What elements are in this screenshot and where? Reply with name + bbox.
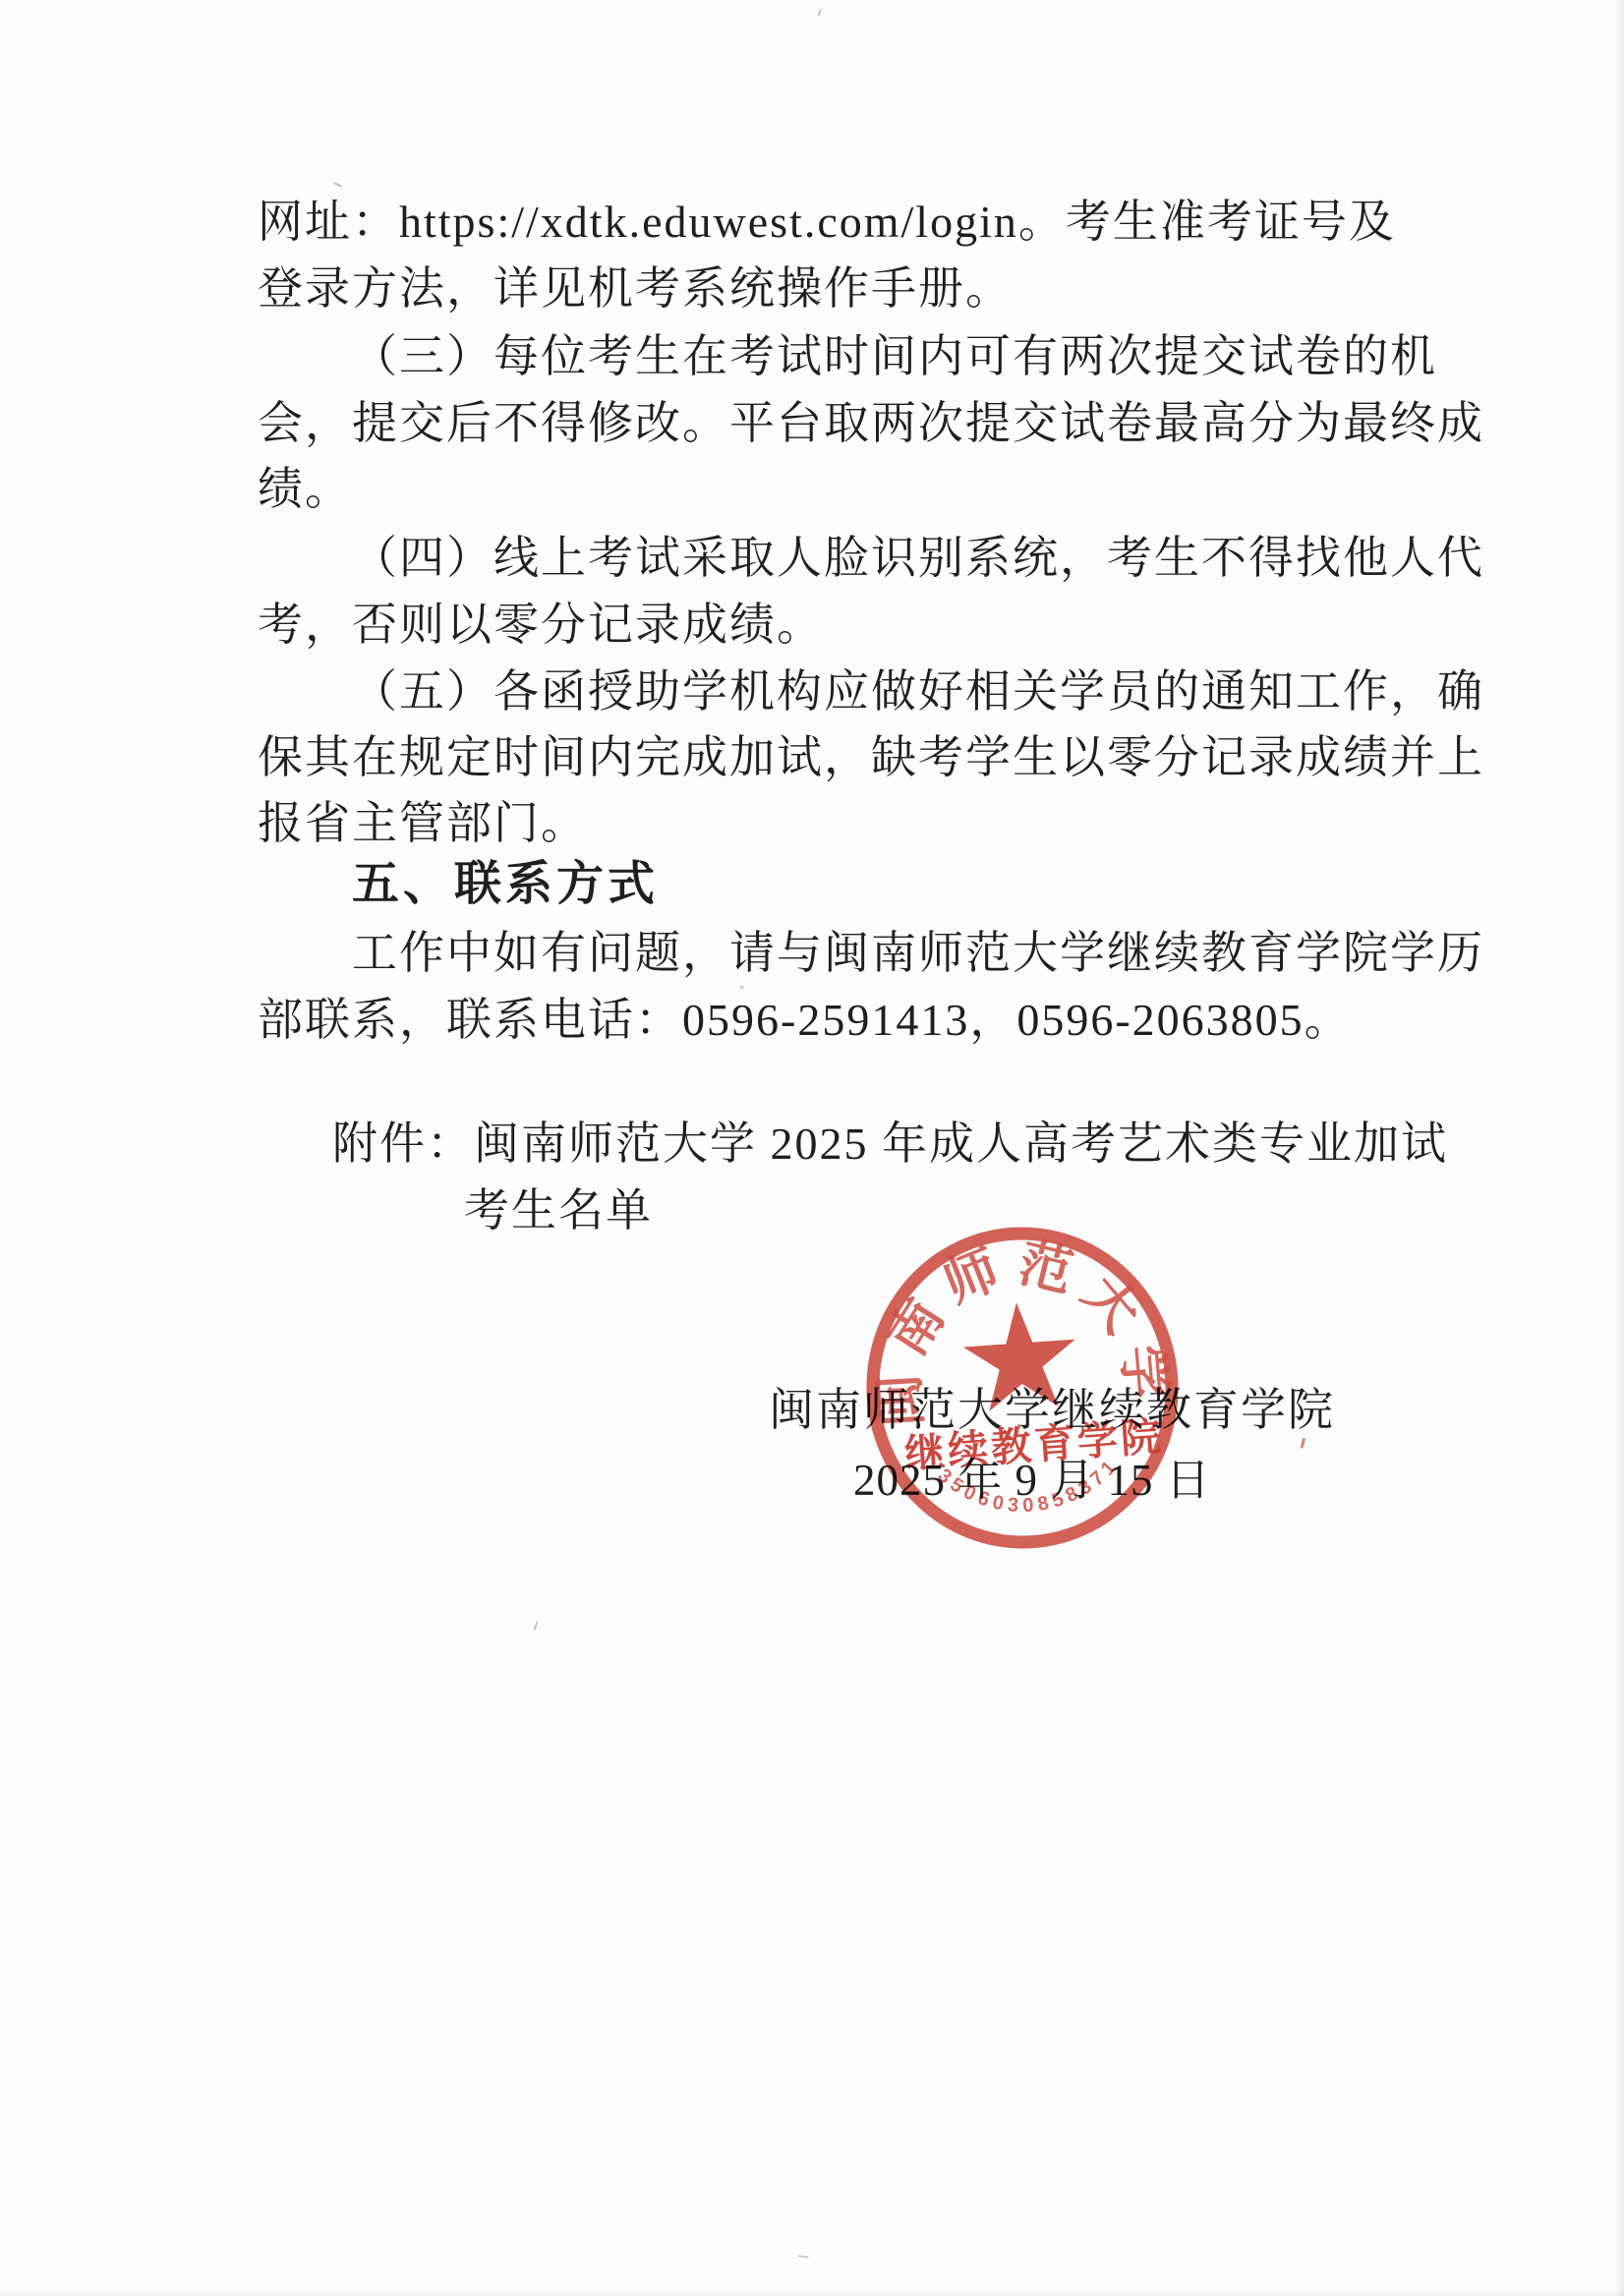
body-line-item3: （三）每位考生在考试时间内可有两次提交试卷的机: [352, 331, 1437, 382]
section-heading: 五、联系方式: [352, 859, 659, 910]
contact-line: 工作中如有问题，请与闽南师范大学继续教育学院学历: [352, 928, 1484, 979]
body-line: 考，否则以零分记录成绩。: [258, 600, 824, 651]
document-page: 网址：https://xdtk.eduwest.com/login。考生准考证号…: [0, 0, 1624, 2296]
signature-date: 2025 年 9 月 15 日: [853, 1455, 1211, 1506]
body-line: 会，提交后不得修改。平台取两次提交试卷最高分为最终成: [258, 398, 1484, 449]
scan-artifact-red: [1295, 1436, 1306, 1449]
body-line-url: 网址：https://xdtk.eduwest.com/login。考生准考证号…: [258, 197, 1396, 248]
attachment-line: 考生名单: [464, 1185, 653, 1236]
body-line: 登录方法，详见机考系统操作手册。: [258, 263, 1013, 315]
body-line: 报省主管部门。: [258, 798, 588, 849]
scan-edge-shadow: [0, 2290, 1624, 2296]
body-line-item4: （四）线上考试采取人脸识别系统，考生不得找他人代: [352, 533, 1484, 584]
signature-org: 闽南师范大学继续教育学院: [769, 1385, 1335, 1436]
scan-edge-shadow: [1614, 0, 1624, 2296]
body-line-item5: （五）各函授助学机构应做好相关学员的通知工作，确: [352, 666, 1484, 717]
body-line: 绩。: [258, 464, 352, 515]
scan-artifact: [333, 177, 344, 187]
scan-artifact: [798, 2250, 810, 2258]
contact-line-phones: 部联系，联系电话：0596-2591413，0596-2063805。: [258, 995, 1352, 1046]
scan-artifact: [739, 985, 744, 990]
attachment-line: 附件：闽南师范大学 2025 年成人高考艺术类专业加试: [332, 1119, 1448, 1170]
body-line: 保其在规定时间内完成加试，缺考学生以零分记录成绩并上: [258, 732, 1484, 783]
scan-artifact: [534, 1621, 545, 1633]
scan-artifact: [809, 6, 822, 16]
